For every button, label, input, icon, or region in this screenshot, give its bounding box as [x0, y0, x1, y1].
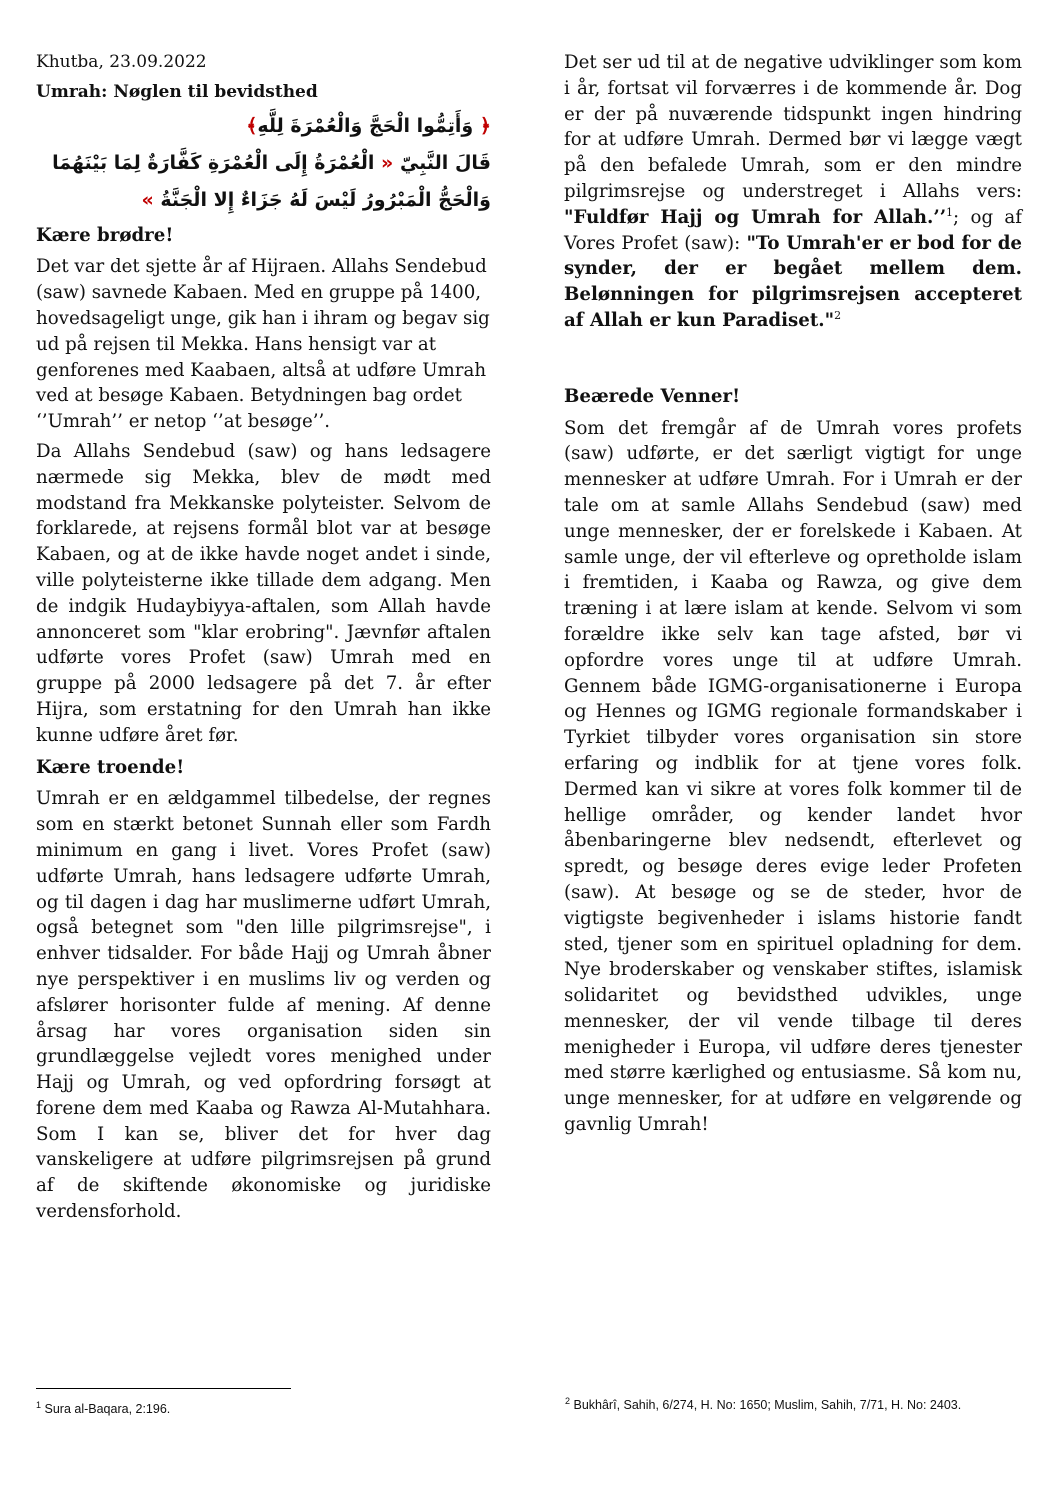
- paragraph-developments-text: Det ser ud til at de negative udviklinge…: [564, 52, 1022, 202]
- arabic-hadith-line-1: قَالَ النَّبِيّ « الْعُمْرَةُ إِلَى الْع…: [36, 147, 491, 180]
- paragraph-developments: Det ser ud til at de negative udviklinge…: [564, 50, 1022, 334]
- arabic-hadith-line-2: وَالْحَجُّ الْمَبْرُورُ لَيْسَ لَهُ جَزَ…: [36, 184, 491, 217]
- footnote-ref-2[interactable]: 2: [834, 309, 841, 322]
- spacer: [564, 338, 1022, 378]
- document-page: Khutba, 23.09.2022 Umrah: Nøglen til bev…: [0, 0, 1058, 1497]
- paragraph-hudaybiyya: Da Allahs Sendebud (saw) og hans ledsage…: [36, 439, 491, 749]
- page-title: Umrah: Nøglen til bevidsthed: [36, 80, 491, 106]
- paragraph-umrah-history: Umrah er en ældgammel tilbedelse, der re…: [36, 786, 491, 1225]
- quran-quote: "Fuldfør Hajj og Umrah for Allah.’’: [564, 207, 946, 228]
- hadith-quote-close: »: [141, 189, 153, 211]
- footnote-1: 1 Sura al-Baqara, 2:196.: [36, 1400, 486, 1418]
- hadith-intro: قَالَ النَّبِيّ: [393, 152, 491, 174]
- footnote-ref-1[interactable]: 1: [946, 206, 953, 219]
- right-column: Det ser ud til at de negative udviklinge…: [564, 50, 1022, 1142]
- hadith-quote-open: «: [381, 152, 393, 174]
- paragraph-young-people: Som det fremgår af de Umrah vores profet…: [564, 416, 1022, 1138]
- paragraph-hijra: Det var det sjette år af Hijraen. Allahs…: [36, 254, 491, 435]
- section-heading-brothers: Kære brødre!: [36, 223, 491, 249]
- section-heading-friends: Beærede Venner!: [564, 384, 1022, 410]
- hadith-text-2: وَالْحَجُّ الْمَبْرُورُ لَيْسَ لَهُ جَزَ…: [154, 189, 491, 211]
- left-column: Khutba, 23.09.2022 Umrah: Nøglen til bev…: [36, 50, 491, 1229]
- verse-text: وَأَتِمُّوا الْحَجَّ وَالْعُمْرَةَ لِلَّ…: [257, 115, 479, 137]
- section-heading-believers: Kære troende!: [36, 755, 491, 781]
- verse-bracket-open: ﴿: [480, 115, 491, 137]
- hadith-text-1: الْعُمْرَةُ إِلَى الْعُمْرَةِ كَفَّارَةٌ…: [52, 152, 381, 174]
- footnote-1-text: Sura al-Baqara, 2:196.: [41, 1402, 170, 1416]
- arabic-verse: ﴿ وَأَتِمُّوا الْحَجَّ وَالْعُمْرَةَ لِل…: [36, 110, 491, 143]
- arabic-block: ﴿ وَأَتِمُّوا الْحَجَّ وَالْعُمْرَةَ لِل…: [36, 110, 491, 217]
- khutba-date: Khutba, 23.09.2022: [36, 50, 491, 76]
- footnote-divider: [36, 1388, 291, 1389]
- verse-bracket-close: ﴾: [246, 115, 257, 137]
- footnote-2: 2 Bukhârî, Sahih, 6/274, H. No: 1650; Mu…: [565, 1396, 1015, 1414]
- footnote-2-text: Bukhârî, Sahih, 6/274, H. No: 1650; Musl…: [570, 1398, 961, 1412]
